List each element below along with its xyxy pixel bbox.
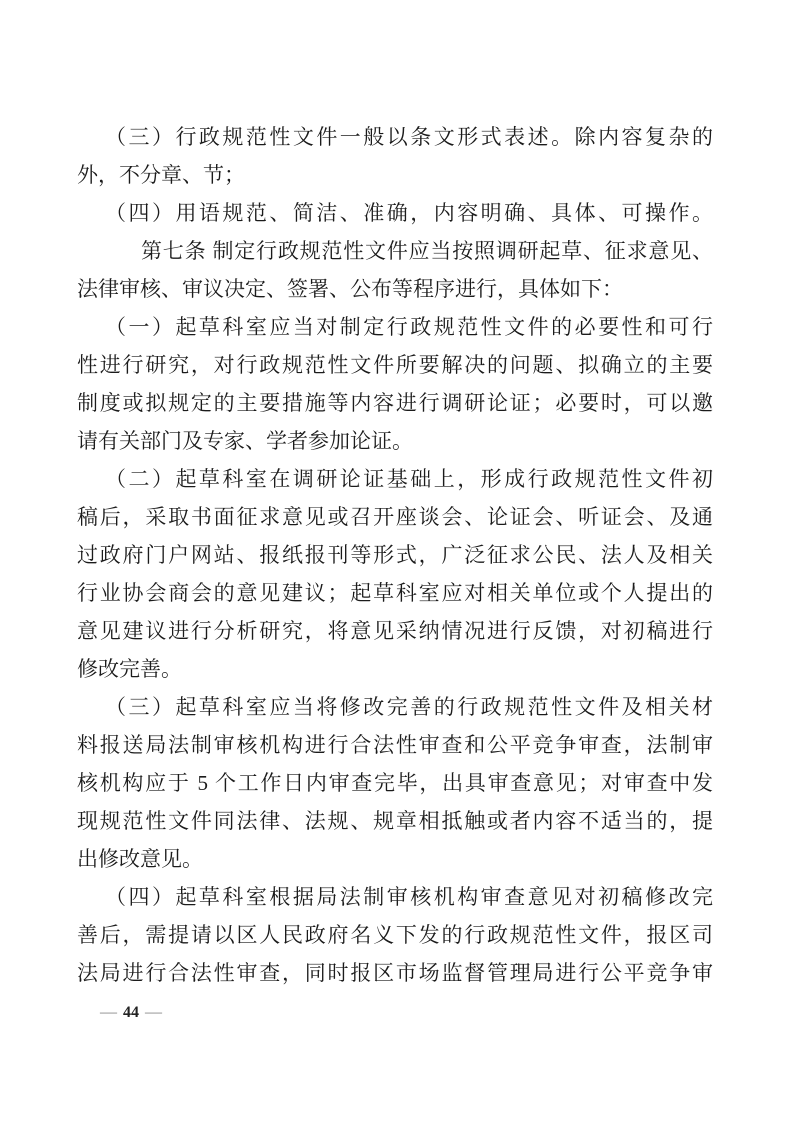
text-line: 意见建议进行分析研究，将意见采纳情况进行反馈，对初稿进行: [77, 612, 713, 650]
text-line: （三）起草科室应当将修改完善的行政规范性文件及相关材: [77, 688, 713, 726]
text-line: （三）行政规范性文件一般以条文形式表述。除内容复杂的: [77, 118, 713, 156]
text-line: 法局进行合法性审查，同时报区市场监督管理局进行公平竞争审: [77, 954, 713, 992]
text-line: 核机构应于 5 个工作日内审查完毕，出具审查意见；对审查中发: [77, 764, 713, 802]
footer-dash-right: —: [145, 1002, 162, 1021]
text-line: 制度或拟规定的主要措施等内容进行调研论证；必要时，可以邀: [77, 384, 713, 422]
text-line: （二）起草科室在调研论证基础上，形成行政规范性文件初: [77, 460, 713, 498]
text-line: 出修改意见。: [77, 840, 713, 878]
footer-dash-left: —: [100, 1002, 117, 1021]
text-line: （四）用语规范、简洁、准确，内容明确、具体、可操作。: [77, 194, 713, 232]
text-line: （四）起草科室根据局法制审核机构审查意见对初稿修改完: [77, 878, 713, 916]
page-footer: —44—: [100, 1000, 162, 1024]
document-page: （三）行政规范性文件一般以条文形式表述。除内容复杂的 外，不分章、节； （四）用…: [0, 0, 793, 1122]
text-line: 外，不分章、节；: [77, 156, 713, 194]
text-line: 请有关部门及专家、学者参加论证。: [77, 422, 713, 460]
text-line: 稿后，采取书面征求意见或召开座谈会、论证会、听证会、及通: [77, 498, 713, 536]
text-line: 行业协会商会的意见建议；起草科室应对相关单位或个人提出的: [77, 574, 713, 612]
text-line: 法律审核、审议决定、签署、公布等程序进行，具体如下：: [77, 270, 713, 308]
text-line: 过政府门户网站、报纸报刊等形式，广泛征求公民、法人及相关: [77, 536, 713, 574]
text-line: 料报送局法制审核机构进行合法性审查和公平竞争审查，法制审: [77, 726, 713, 764]
text-line: 性进行研究，对行政规范性文件所要解决的问题、拟确立的主要: [77, 346, 713, 384]
text-line: 第七条 制定行政规范性文件应当按照调研起草、征求意见、: [77, 232, 713, 270]
page-number: 44: [123, 1004, 139, 1021]
text-line: （一）起草科室应当对制定行政规范性文件的必要性和可行: [77, 308, 713, 346]
text-line: 现规范性文件同法律、法规、规章相抵触或者内容不适当的，提: [77, 802, 713, 840]
text-line: 善后，需提请以区人民政府名义下发的行政规范性文件，报区司: [77, 916, 713, 954]
document-body: （三）行政规范性文件一般以条文形式表述。除内容复杂的 外，不分章、节； （四）用…: [77, 118, 713, 992]
text-line: 修改完善。: [77, 650, 713, 688]
